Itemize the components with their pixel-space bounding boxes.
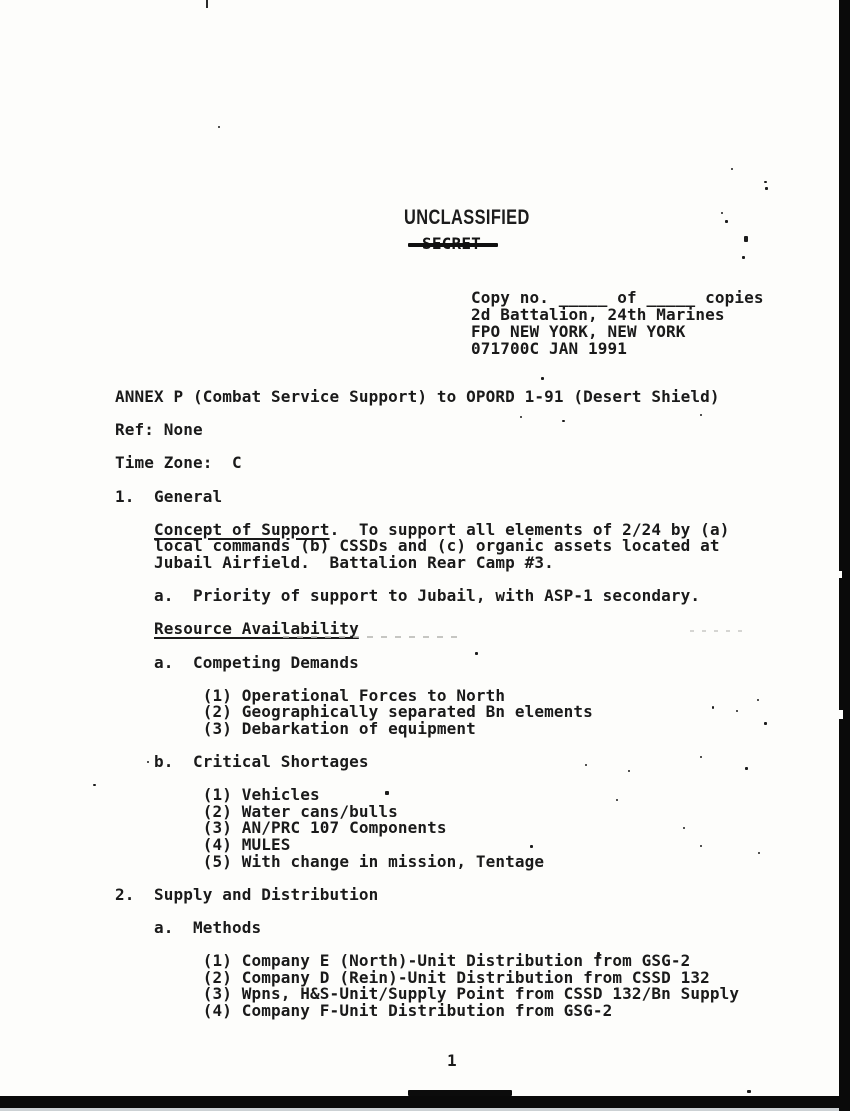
document-line: (5) With change in mission, Tentage <box>115 854 815 871</box>
document-line: Jubail Airfield. Battalion Rear Camp #3. <box>115 555 815 572</box>
page-number: 1 <box>447 1052 457 1069</box>
scan-artifact-dotted-trail <box>283 636 463 638</box>
document-line: ANNEX P (Combat Service Support) to OPOR… <box>115 389 815 406</box>
document-line: a. Priority of support to Jubail, with A… <box>115 588 815 605</box>
scan-edge-right <box>839 0 850 1111</box>
document-line: Time Zone: C <box>115 455 815 472</box>
strikethrough-line <box>408 243 498 247</box>
header-line: Copy no. _____ of _____ copies <box>471 289 764 306</box>
header-line: 2d Battalion, 24th Marines <box>471 306 764 323</box>
document-line: (4) Company F-Unit Distribution from GSG… <box>115 1003 815 1020</box>
scanned-document-page: UNCLASSIFIED SECRET Copy no. _____ of __… <box>0 0 850 1111</box>
document-header-block: Copy no. _____ of _____ copies2d Battali… <box>471 289 764 357</box>
document-line: b. Critical Shortages <box>115 754 815 771</box>
document-line <box>115 406 815 423</box>
scan-edge-bottom <box>0 1096 850 1108</box>
unclassified-stamp: UNCLASSIFIED <box>404 207 530 229</box>
scan-edge-notch <box>839 710 843 719</box>
scan-edge-notch <box>839 571 842 578</box>
document-line: 1. General <box>115 489 815 506</box>
header-line: FPO NEW YORK, NEW YORK <box>471 323 764 340</box>
header-line: 071700C JAN 1991 <box>471 340 764 357</box>
document-line: 2. Supply and Distribution <box>115 887 815 904</box>
document-body: ANNEX P (Combat Service Support) to OPOR… <box>115 389 815 1020</box>
scan-artifact-dotted-trail <box>690 630 750 632</box>
scan-artifact-top-tick <box>206 0 208 8</box>
document-line: a. Competing Demands <box>115 655 815 672</box>
document-line: a. Methods <box>115 920 815 937</box>
document-line: (3) Debarkation of equipment <box>115 721 815 738</box>
document-line: Ref: None <box>115 422 815 439</box>
secret-stamp-struck: SECRET <box>408 235 498 253</box>
